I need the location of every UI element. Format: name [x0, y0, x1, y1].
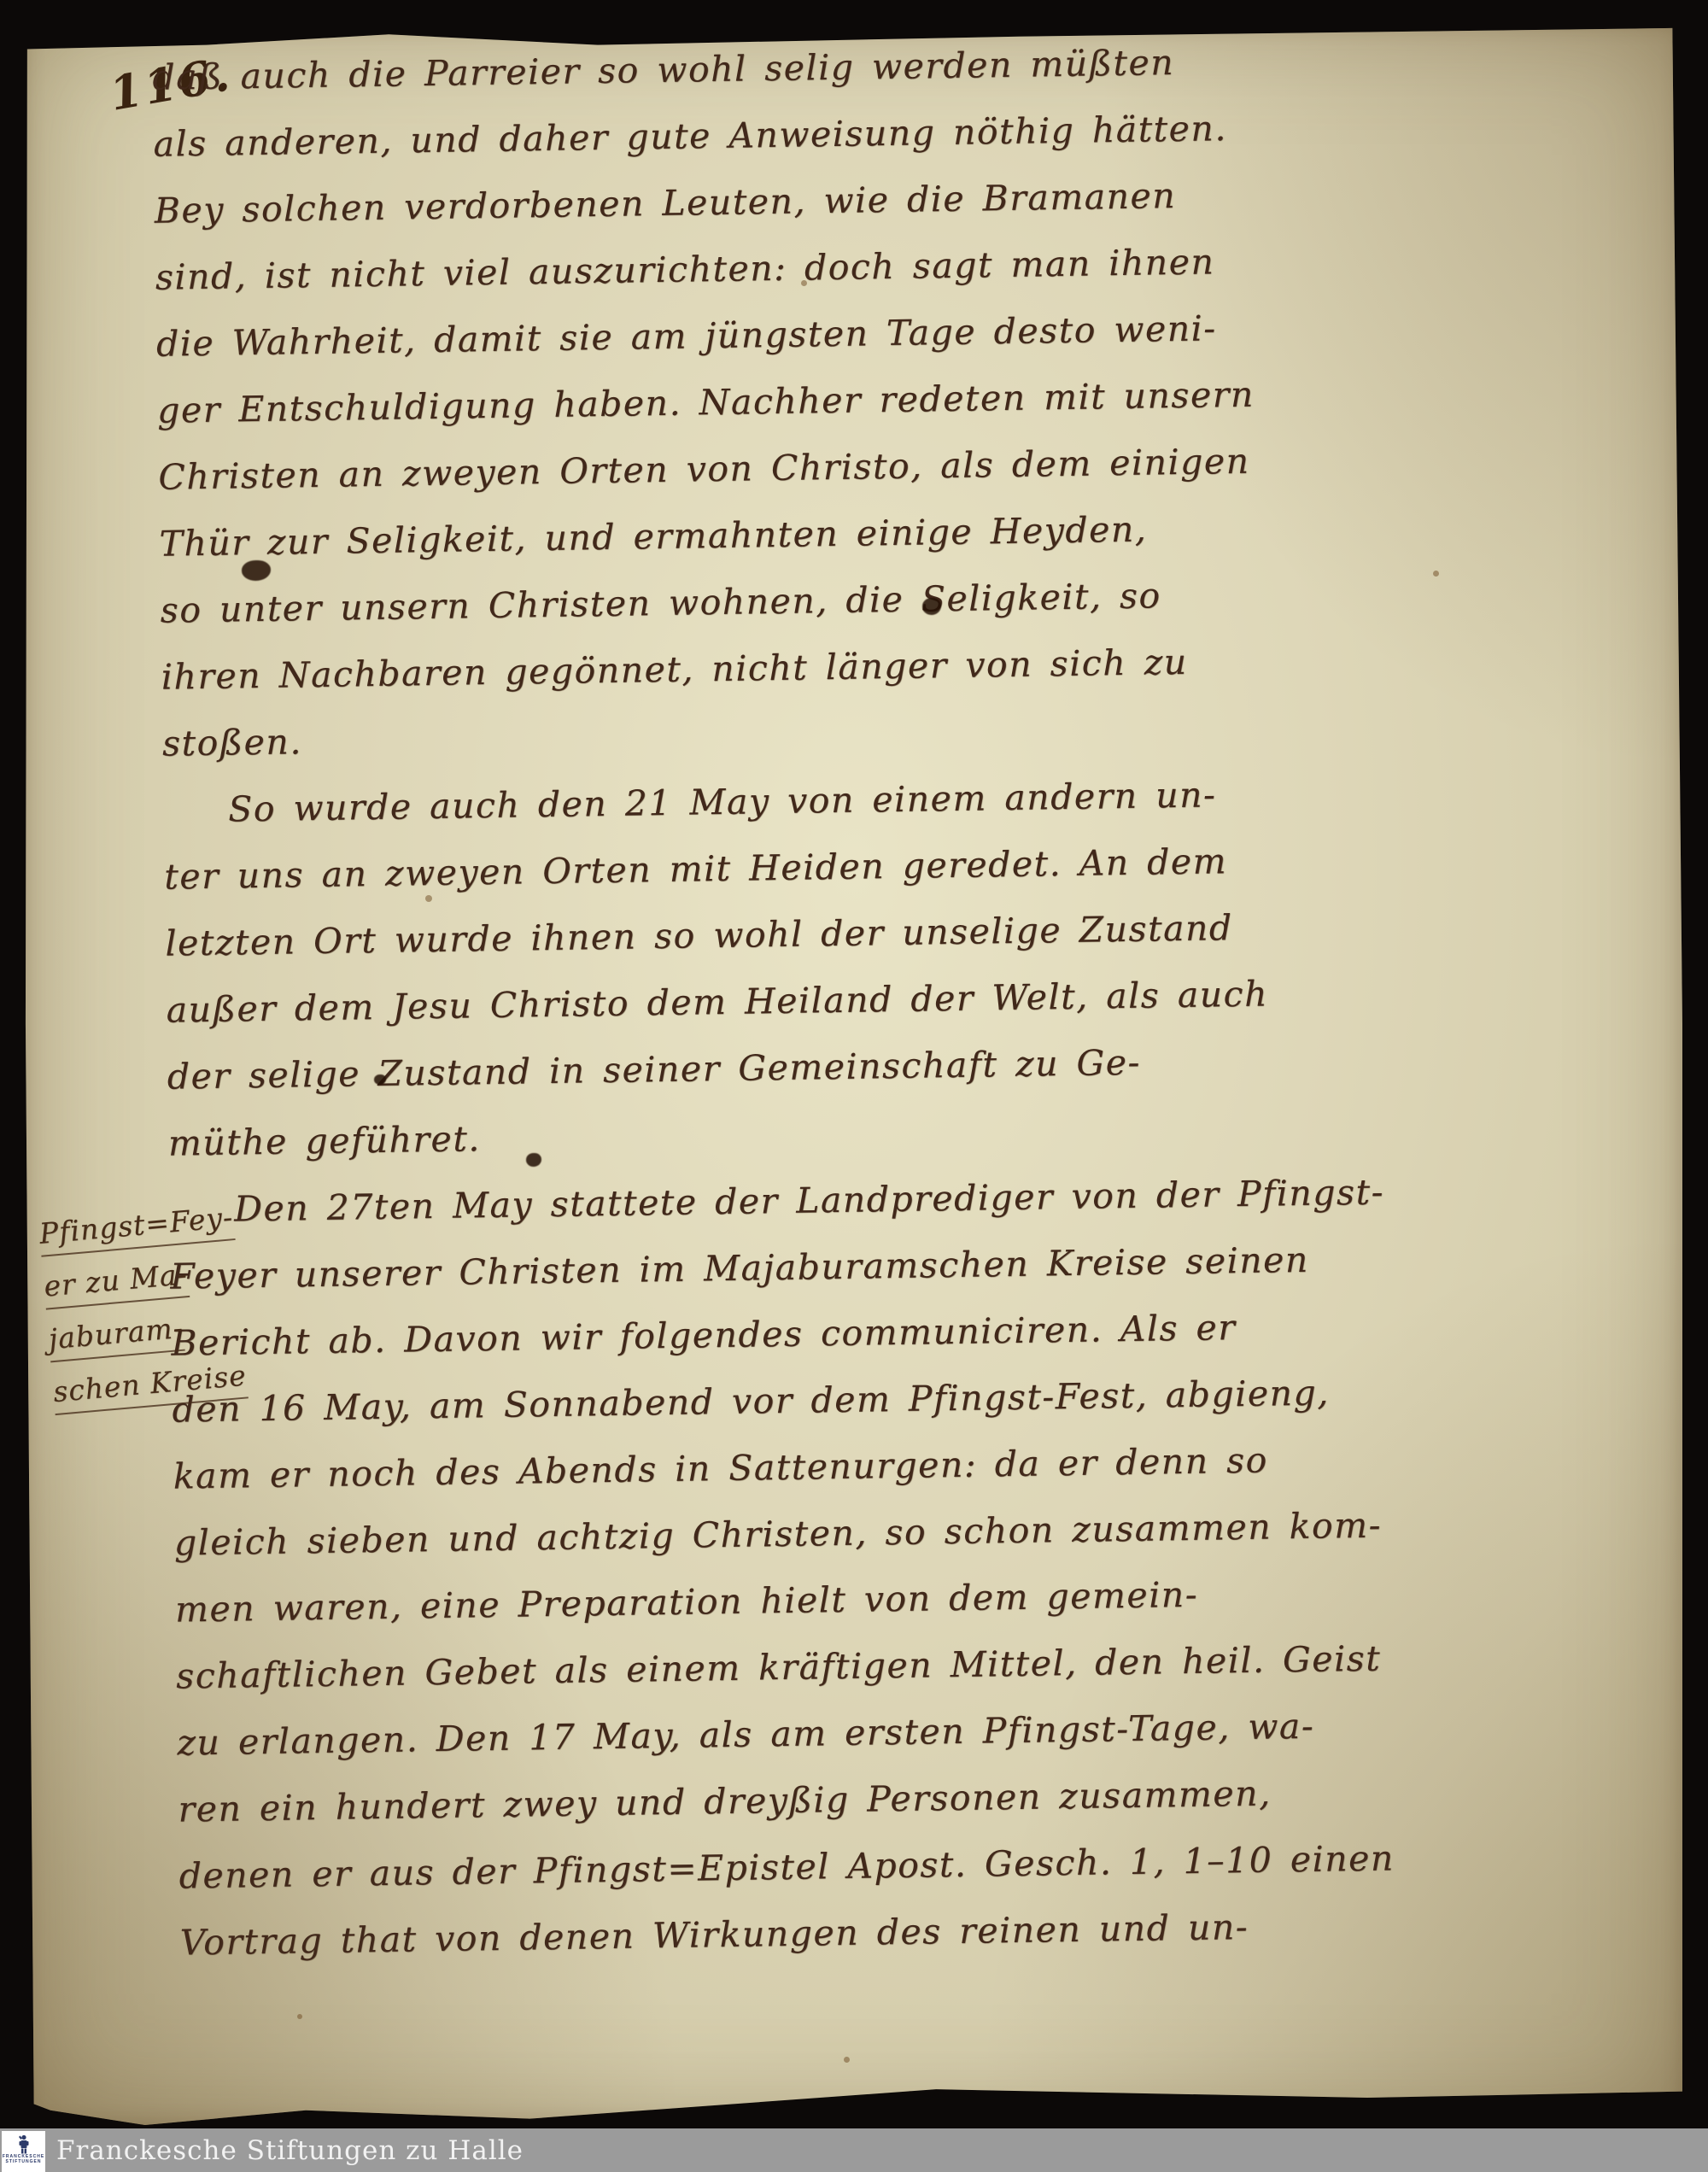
margin-note-line: schen Kreise — [51, 1355, 249, 1416]
scan-viewer: 116. daß auch die Parreier so wohl selig… — [0, 0, 1708, 2172]
margin-note-line: Pfingst=Fey- — [38, 1196, 235, 1257]
foxing-spot — [844, 2057, 850, 2063]
margin-note-line: jaburam- — [47, 1307, 185, 1363]
foxing-spot — [297, 2014, 302, 2019]
foxing-spot — [908, 2091, 913, 2096]
foxing-spot — [801, 280, 807, 286]
footer-watermark-bar: FRANCKESCHE STIFTUNGEN Franckesche Stift… — [0, 2128, 1708, 2172]
franckesche-stiftungen-logo: FRANCKESCHE STIFTUNGEN — [2, 2131, 45, 2172]
margin-note-line: er zu Ma- — [42, 1253, 189, 1309]
handwritten-text-block: daß auch die Parreier so wohl selig werd… — [152, 34, 1708, 1989]
margin-note: Pfingst=Fey- er zu Ma- jaburam- schen Kr… — [38, 1189, 328, 1424]
footer-institution-label: Franckesche Stiftungen zu Halle — [56, 2128, 524, 2172]
foxing-spot — [425, 895, 432, 902]
logo-text-line2: STIFTUNGEN — [6, 2159, 42, 2164]
franckesche-stiftungen-emblem-icon — [14, 2134, 34, 2154]
foxing-spot — [1433, 571, 1439, 577]
manuscript-page: 116. daß auch die Parreier so wohl selig… — [24, 24, 1682, 2125]
